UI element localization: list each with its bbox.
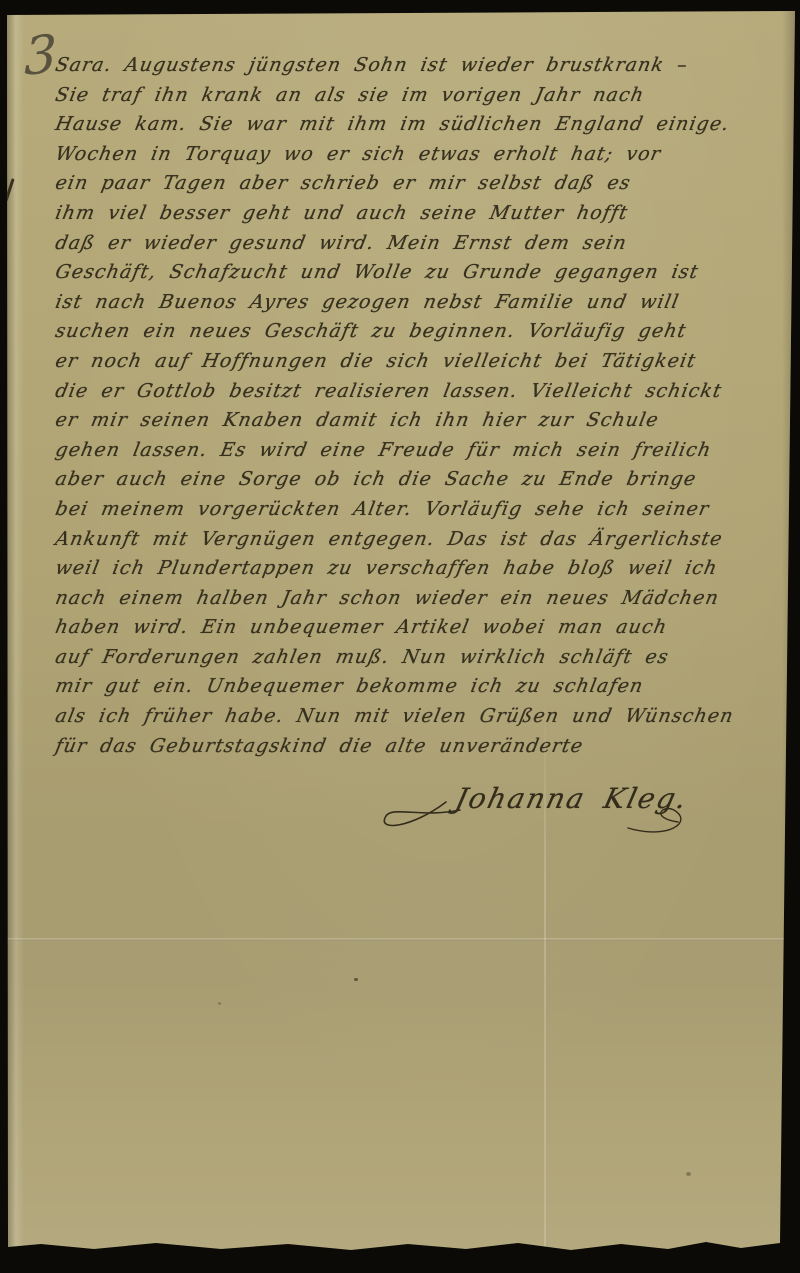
handwriting-line: aber auch eine Sorge ob ich die Sache zu… (52, 468, 782, 498)
handwriting-line: Sara. Augustens jüngsten Sohn ist wieder… (52, 54, 782, 84)
paper-speck (686, 1172, 691, 1176)
handwriting-line: haben wird. Ein unbequemer Artikel wobei… (52, 616, 782, 646)
handwriting-line: nach einem halben Jahr schon wieder ein … (52, 587, 782, 617)
handwriting-line: für das Geburtstagskind die alte unverän… (52, 735, 782, 765)
handwriting-line: bei meinem vorgerückten Alter. Vorläufig… (52, 498, 782, 528)
horizontal-fold-line (6, 938, 796, 941)
handwriting-line: Geschäft, Schafzucht und Wolle zu Grunde… (52, 261, 782, 291)
handwriting-line: ist nach Buenos Ayres gezogen nebst Fami… (52, 291, 782, 321)
handwriting-line: mir gut ein. Unbequemer bekomme ich zu s… (52, 675, 782, 705)
handwriting-line: weil ich Plundertappen zu verschaffen ha… (52, 557, 782, 587)
handwriting-line: Hause kam. Sie war mit ihm im südlichen … (52, 113, 782, 143)
handwriting-line: er noch auf Hoffnungen die sich vielleic… (52, 350, 782, 380)
paper-right-edge-shading (782, 10, 796, 1256)
handwriting-line: Ankunft mit Vergnügen entgegen. Das ist … (52, 528, 782, 558)
vertical-fold-line (544, 10, 546, 1256)
handwriting-line: daß er wieder gesund wird. Mein Ernst de… (52, 232, 782, 262)
paper-speck (354, 978, 358, 981)
handwriting-line: ihm viel besser geht und auch seine Mutt… (52, 202, 782, 232)
letter-page: 3 Sara. Augustens jüngsten Sohn ist wied… (6, 10, 796, 1256)
handwriting-line: gehen lassen. Es wird eine Freude für mi… (52, 439, 782, 469)
letter-body: Sara. Augustens jüngsten Sohn ist wieder… (52, 54, 776, 764)
handwriting-line: die er Gottlob besitzt realisieren lasse… (52, 380, 782, 410)
handwriting-line: als ich früher habe. Nun mit vielen Grüß… (52, 705, 782, 735)
scan-background: 3 Sara. Augustens jüngsten Sohn ist wied… (0, 0, 800, 1273)
handwriting-line: auf Forderungen zahlen muß. Nun wirklich… (52, 646, 782, 676)
handwriting-line: suchen ein neues Geschäft zu beginnen. V… (52, 320, 782, 350)
paper-speck (218, 1002, 221, 1005)
handwriting-line: Sie traf ihn krank an als sie im vorigen… (52, 84, 782, 114)
signature-row: Johanna Kleg. (410, 774, 770, 838)
handwriting-line: Wochen in Torquay wo er sich etwas erhol… (52, 143, 782, 173)
handwriting-line: er mir seinen Knaben damit ich ihn hier … (52, 409, 782, 439)
handwriting-line: ein paar Tagen aber schrieb er mir selbs… (52, 172, 782, 202)
signature: Johanna Kleg. (452, 782, 691, 815)
